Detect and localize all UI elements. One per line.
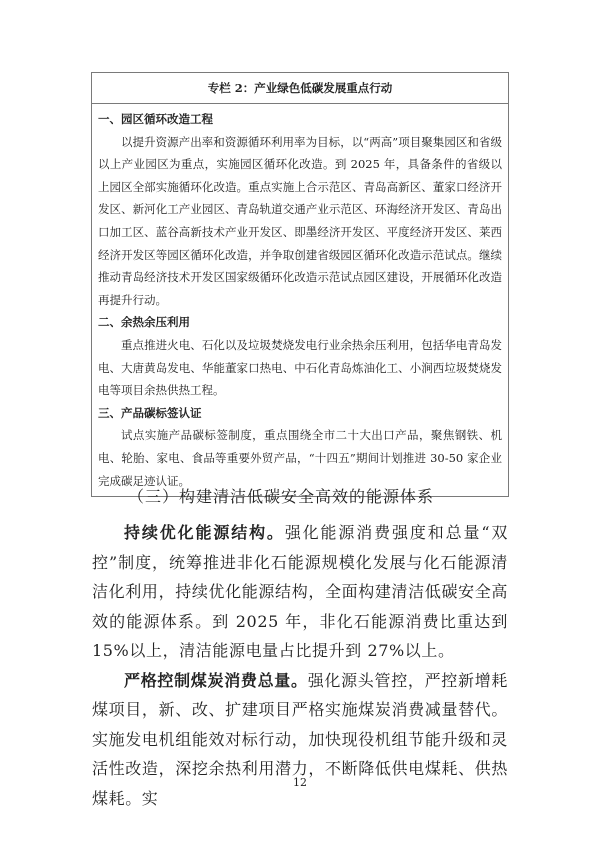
page-number: 12 bbox=[0, 776, 600, 789]
paragraph: 严格控制煤炭消费总量。强化源头管控，严控新增耗煤项目，新、改、扩建项目严格实施煤… bbox=[92, 666, 508, 814]
box-section-heading: 二、余热余压利用 bbox=[98, 311, 502, 334]
body-text: 持续优化能源结构。强化能源消费强度和总量“双控”制度，统筹推进非化石能源规模化发… bbox=[92, 518, 508, 813]
box-section-heading: 一、园区循环改造工程 bbox=[98, 108, 502, 131]
paragraph: 持续优化能源结构。强化能源消费强度和总量“双控”制度，统筹推进非化石能源规模化发… bbox=[92, 518, 508, 666]
box-section-heading: 三、产品碳标签认证 bbox=[98, 402, 502, 425]
feature-box: 专栏 2：产业绿色低碳发展重点行动 一、园区循环改造工程 以提升资源产出率和资源… bbox=[91, 72, 509, 497]
box-section-text: 以提升资源产出率和资源循环利用率为目标，以“两高”项目聚集园区和省级以上产业园区… bbox=[98, 131, 502, 312]
paragraph-text: 强化能源消费强度和总量“双控”制度，统筹推进非化石能源规模化发展与化石能源清洁化… bbox=[92, 523, 508, 660]
section-heading: （三）构建清洁低碳安全高效的能源体系 bbox=[128, 484, 434, 507]
box-section-text: 试点实施产品碳标签制度，重点围绕全市二十大出口产品，聚焦钢铁、机电、轮胎、家电、… bbox=[98, 424, 502, 492]
box-title: 专栏 2：产业绿色低碳发展重点行动 bbox=[92, 73, 508, 104]
paragraph-lead: 持续优化能源结构。 bbox=[124, 523, 285, 542]
box-body: 一、园区循环改造工程 以提升资源产出率和资源循环利用率为目标，以“两高”项目聚集… bbox=[92, 104, 508, 496]
box-section-text: 重点推进火电、石化以及垃圾焚烧发电行业余热余压利用，包括华电青岛发电、大唐黄岛发… bbox=[98, 334, 502, 402]
paragraph-lead: 严格控制煤炭消费总量。 bbox=[124, 671, 308, 690]
